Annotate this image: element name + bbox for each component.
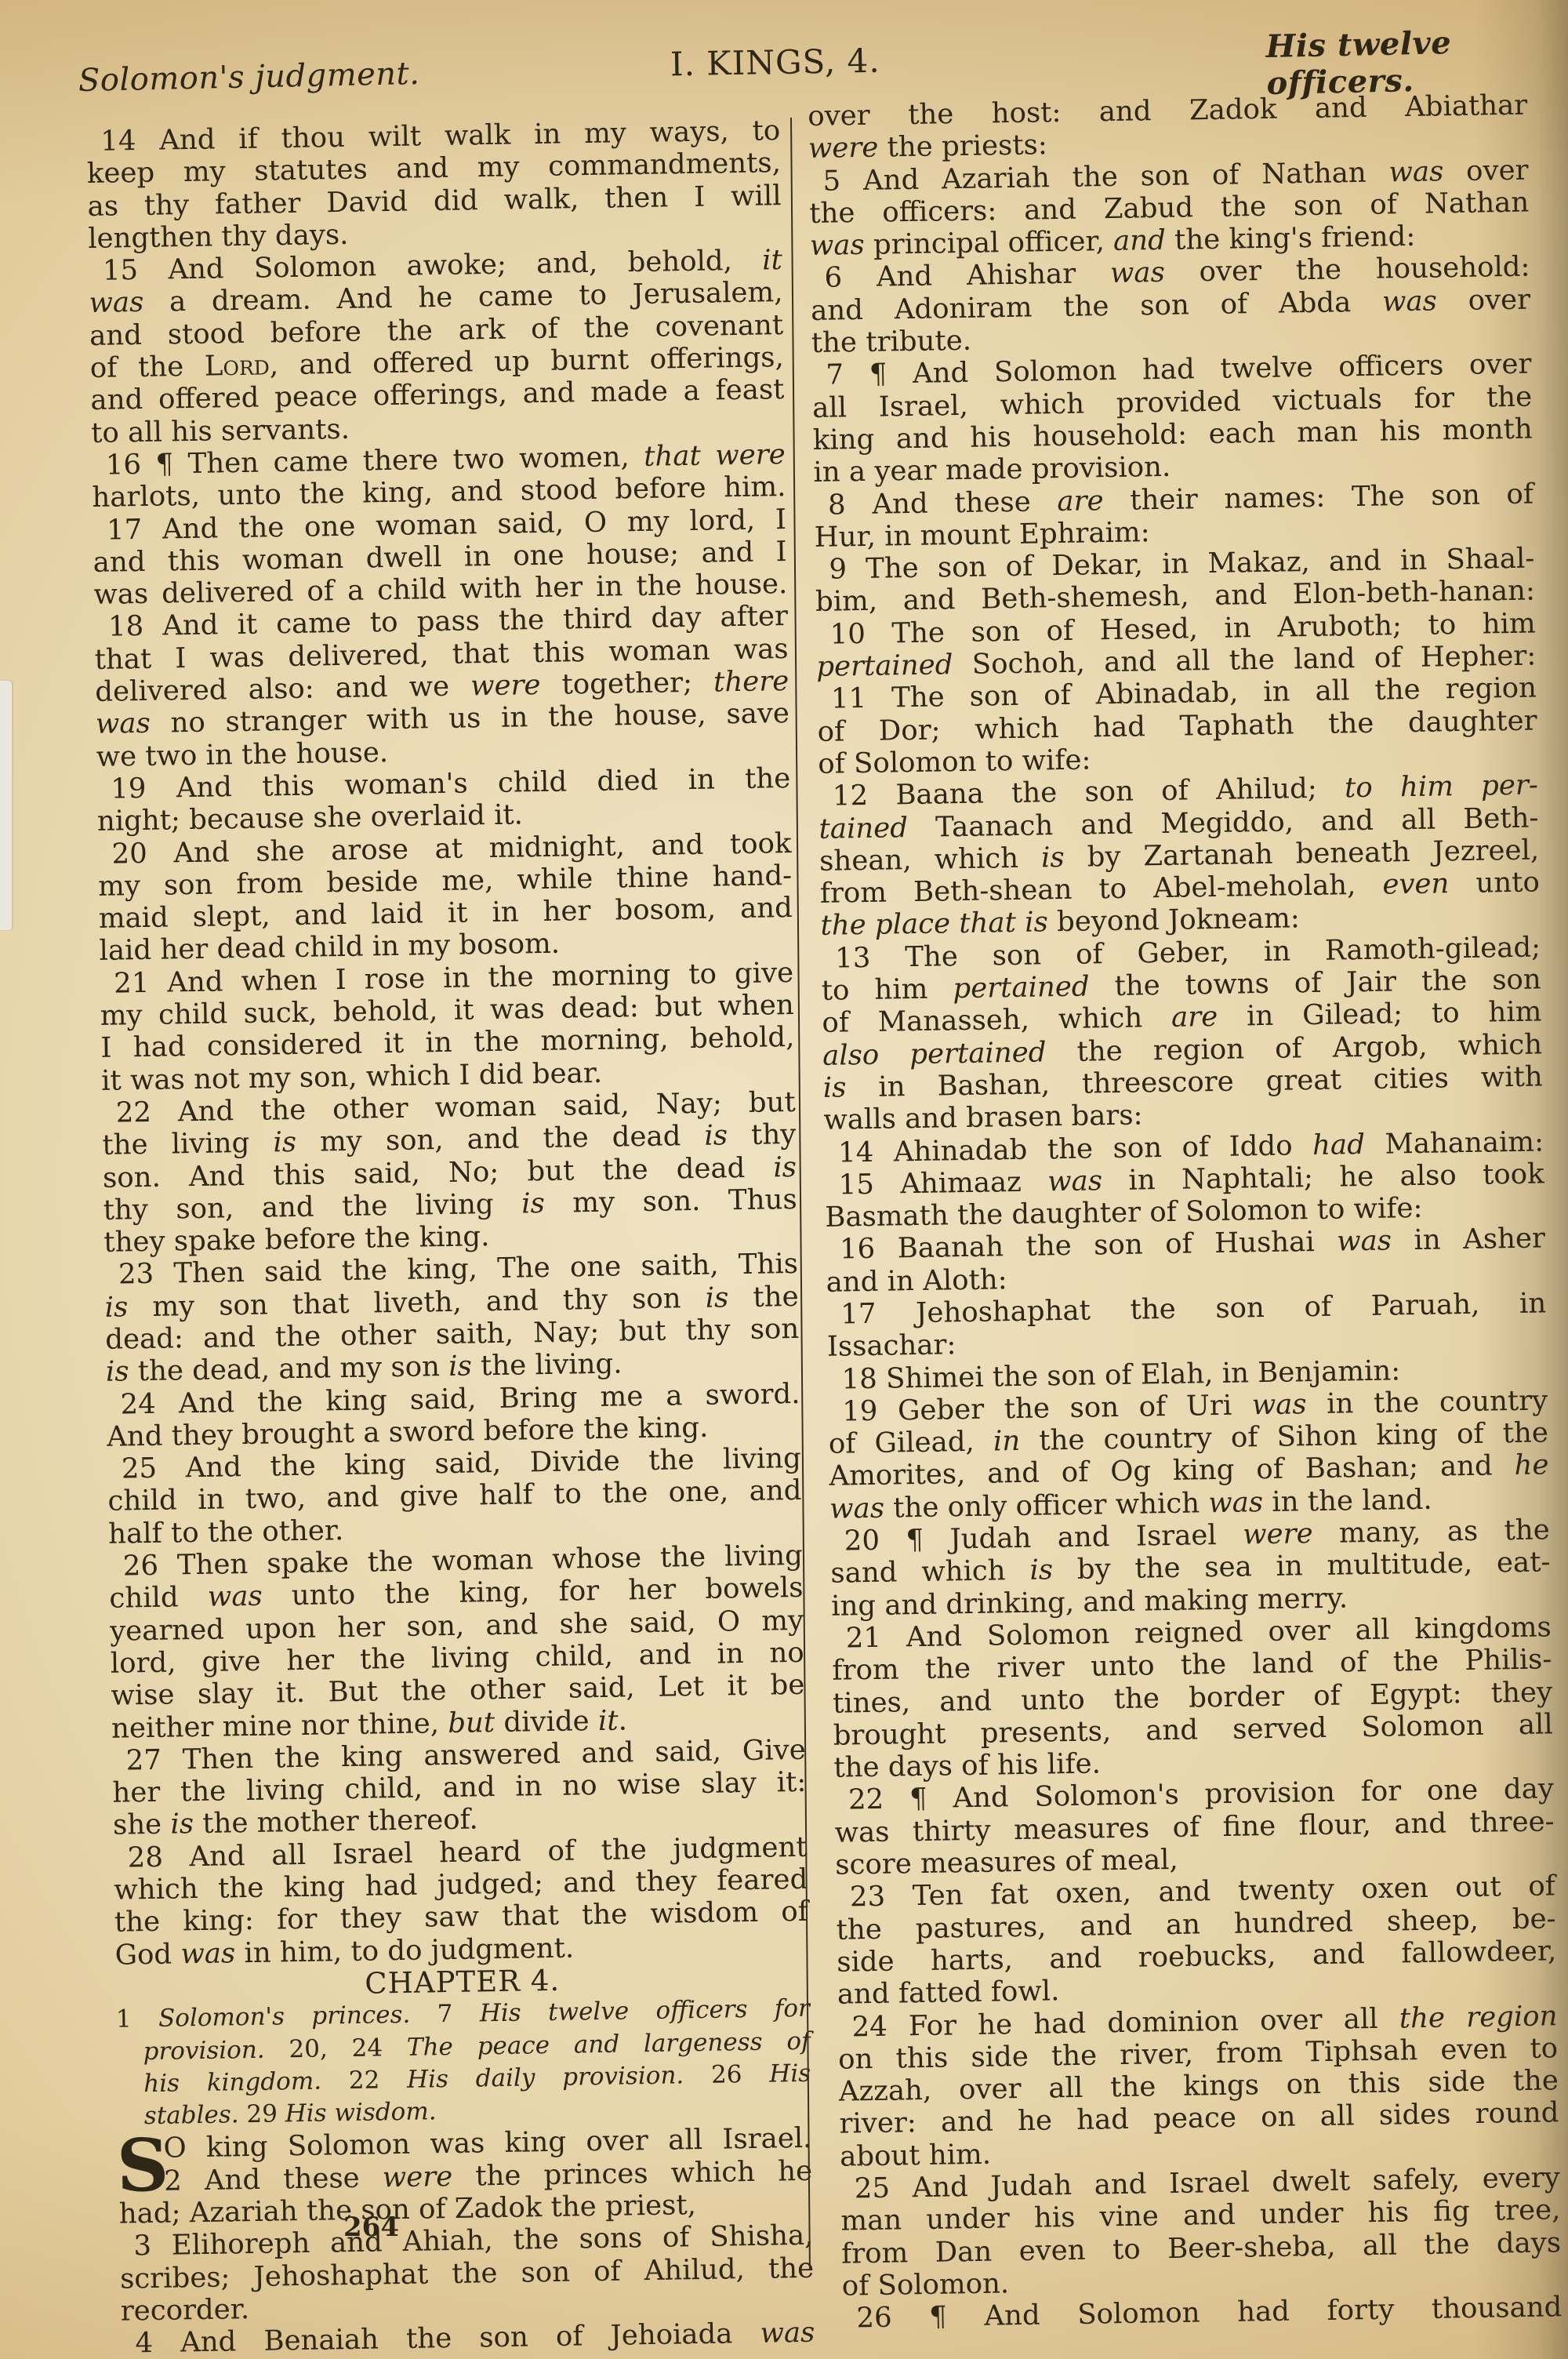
italic-text: was <box>1110 256 1165 289</box>
text-run: the tribute. <box>811 325 972 359</box>
page-edge-strip <box>0 681 12 930</box>
text-run: in the land. <box>1263 1483 1432 1518</box>
text-run: 6 And Ahishar <box>824 257 1110 294</box>
text-run: Mahanaim: <box>1365 1125 1544 1161</box>
text-run: of Solomon. <box>841 2267 1009 2302</box>
italic-text: to him per- <box>1345 769 1538 805</box>
text-run: recorder. <box>120 2293 249 2328</box>
text-run: sand which <box>830 1554 1030 1590</box>
text-run: God <box>114 1938 180 1971</box>
chapter-summary: 1 Solomon's princes. 7 His twelve office… <box>116 1993 811 2133</box>
italic-text: is <box>106 1356 129 1388</box>
text-run: score measures of meal, <box>835 1844 1178 1881</box>
italic-text: were <box>470 669 541 702</box>
text-run: to all his servants. <box>91 413 350 449</box>
text-run: many, as the <box>1312 1514 1550 1550</box>
text-run: His <box>769 2059 811 2088</box>
text-run: beyond Jokneam: <box>1047 903 1300 939</box>
text-run: over <box>1443 154 1529 187</box>
italic-text: was <box>208 1580 263 1613</box>
italic-text: was <box>1208 1486 1263 1519</box>
text-run: 15 Ahimaaz <box>838 1165 1047 1201</box>
text-run: 1 <box>116 2005 159 2034</box>
text-run: the priests: <box>878 129 1047 164</box>
italic-text: was <box>810 229 865 262</box>
italic-text: was <box>1388 155 1443 188</box>
italic-text: tained <box>818 812 908 845</box>
text-run: The peace and largeness of <box>407 2026 811 2061</box>
italic-text: is <box>773 1150 797 1183</box>
text-run: his kingdom. <box>143 2066 349 2098</box>
italic-text: were <box>382 2161 452 2194</box>
text-run: in Asher <box>1392 1223 1546 1257</box>
text-run: in the country <box>1306 1384 1548 1420</box>
text-run: neither mine nor thine, <box>111 1707 448 1745</box>
italic-text: the region <box>1399 2000 1558 2034</box>
text-run: the king's friend: <box>1166 220 1416 256</box>
text-run: in a year made provision. <box>813 451 1171 489</box>
italic-text: is <box>273 1126 296 1158</box>
italic-text: it <box>762 244 782 276</box>
text-run: unto <box>1449 867 1540 900</box>
text-run: thy <box>728 1118 797 1151</box>
italic-text: was <box>1047 1165 1102 1198</box>
text-run: we two in the house. <box>96 736 388 773</box>
italic-text: is <box>448 1350 472 1383</box>
italic-text: is <box>704 1120 728 1152</box>
italic-text: had <box>1312 1129 1365 1161</box>
text-run: half to the other. <box>108 1514 344 1550</box>
text-run: His twelve officers for <box>480 1994 811 2028</box>
text-run: in Gilead; to him <box>1218 996 1542 1033</box>
italic-text: pertained <box>816 649 953 683</box>
text-run: and in Aloth: <box>826 1263 1007 1299</box>
text-run: in Naphtali; he also took <box>1102 1158 1544 1197</box>
italic-text: was <box>1382 285 1437 318</box>
text-run: Lord <box>205 349 270 382</box>
italic-text: is <box>170 1808 194 1841</box>
text-run: 22 <box>349 2066 408 2095</box>
text-run: the mother thereof. <box>194 1804 478 1841</box>
italic-text: was <box>180 1937 235 1970</box>
italic-text: and <box>1113 224 1166 257</box>
text-run: the living. <box>471 1348 622 1383</box>
text-run: Solomon's princes. <box>158 2000 437 2033</box>
italic-text: was <box>760 2317 815 2350</box>
italic-text: the place that is <box>820 907 1048 943</box>
text-run: of Solomon to wife: <box>818 743 1091 780</box>
text-run: 20, 24 <box>289 2033 407 2063</box>
text-run: the days of his life. <box>833 1748 1101 1784</box>
text-run: walls and brasen bars: <box>823 1100 1143 1136</box>
text-run: His daily provision. <box>407 2061 712 2094</box>
text-run: principal officer, <box>864 225 1113 261</box>
text-run: the princes which he <box>452 2154 813 2192</box>
italic-text: pertained <box>953 971 1090 1005</box>
text-run: their names: The son of <box>1103 478 1534 517</box>
italic-text: were <box>808 132 879 165</box>
italic-text: is <box>705 1281 728 1314</box>
text-run: the living <box>102 1127 274 1161</box>
italic-text: also pertained <box>822 1036 1047 1071</box>
italic-text: was <box>89 286 143 319</box>
text-run: of Manasseh, which <box>822 1001 1171 1039</box>
text-run: 26 <box>711 2059 770 2088</box>
italic-text: are <box>1057 485 1104 518</box>
right-column-text: over the host: and Zadok and Abiatharwer… <box>808 89 1563 2335</box>
page-number: 264 <box>343 2212 399 2243</box>
italic-text: he <box>1514 1449 1549 1482</box>
text-run: of the <box>90 351 205 384</box>
text-run: over the household: <box>1164 251 1530 289</box>
text-run: my son. Thus <box>544 1183 797 1219</box>
text-run: over <box>1437 283 1531 317</box>
italic-text: even <box>1382 867 1450 900</box>
running-head-left: Solomon's judgment. <box>78 56 420 99</box>
italic-text: were <box>1243 1518 1313 1550</box>
left-column: 14 And if thou wilt walk in my ways, tok… <box>86 114 815 2359</box>
italic-text: but <box>448 1707 495 1739</box>
text-run: 2 And these <box>164 2161 383 2197</box>
italic-text: was <box>1337 1225 1392 1258</box>
text-run: provision. <box>143 2035 289 2066</box>
text-run: Issachar: <box>827 1329 956 1364</box>
italic-text: was <box>96 707 151 740</box>
italic-text: are <box>1171 1001 1218 1034</box>
text-run: together; <box>540 667 713 701</box>
italic-text: was <box>1251 1388 1306 1421</box>
italic-text: in <box>993 1425 1021 1458</box>
text-run: His wisdom. <box>285 2097 436 2128</box>
running-head-book-chapter: I. KINGS, 4. <box>670 42 880 84</box>
right-column: over the host: and Zadok and Abiatharwer… <box>808 89 1563 2335</box>
text-run: . <box>618 1704 627 1736</box>
text-run: child <box>109 1581 208 1615</box>
text-run: the only officer which <box>884 1487 1209 1524</box>
text-run: shean, which <box>819 841 1041 877</box>
text-run: 7 <box>437 2000 480 2029</box>
italic-text: is <box>1029 1554 1053 1587</box>
italic-text: is <box>822 1071 846 1103</box>
text-run: the <box>728 1281 799 1314</box>
text-run: the dead, and my son <box>129 1350 448 1387</box>
italic-text: it <box>598 1704 619 1736</box>
text-run: divide <box>495 1705 598 1739</box>
text-run: to him <box>822 972 953 1007</box>
italic-text: is <box>521 1187 545 1219</box>
chapter-opening-text: SO king Solomon was king over all Israel… <box>118 2122 815 2359</box>
text-run: about him. <box>840 2138 991 2172</box>
text-run: 29 <box>246 2099 285 2128</box>
italic-text: was <box>829 1492 884 1525</box>
text-run: 8 And these <box>828 485 1058 522</box>
text-run: she <box>113 1808 171 1841</box>
italic-text: is <box>104 1291 128 1323</box>
text-run: delivered also: and we <box>95 670 470 708</box>
text-run: of Gilead, <box>829 1426 994 1460</box>
italic-text: there <box>713 665 789 699</box>
text-run: lengthen thy days. <box>88 219 349 255</box>
left-column-text: 14 And if thou wilt walk in my ways, tok… <box>86 114 809 1972</box>
italic-text: that were <box>644 438 786 473</box>
book-page: Solomon's judgment. I. KINGS, 4. His twe… <box>0 0 1568 2359</box>
text-run: and fatted fowl. <box>837 1975 1060 2010</box>
text-run: Hur, in mount Ephraim: <box>814 516 1149 554</box>
text-run: they spake before the king. <box>103 1220 490 1259</box>
italic-text: is <box>1041 841 1065 874</box>
